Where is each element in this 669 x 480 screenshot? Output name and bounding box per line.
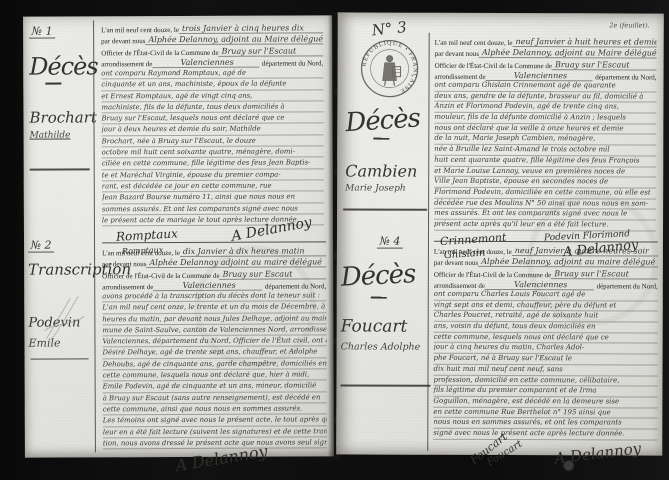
form-label: par devant nous: [434, 259, 478, 267]
handwritten-line: signé avec nous le présent acte après le…: [433, 429, 657, 440]
entry-2-signatures: A Delannoy: [103, 449, 327, 480]
form-label-suffix: département du Nord,: [259, 59, 323, 67]
handwritten-line: avons procédé à la transcription du décè…: [102, 290, 326, 302]
entry-4-record: L'an mil neuf cent douze, le neuf Janvie…: [433, 241, 658, 478]
record-body-text: avons procédé à la transcription du décè…: [102, 290, 327, 449]
form-label: L'an mil neuf cent douze, le: [101, 25, 179, 33]
form-line-commune: Officier de l'État-Civil de la Commune d…: [434, 267, 658, 279]
entry-1-record: L'an mil neuf cent douze, le trois Janvi…: [101, 21, 324, 268]
form-label: Officier de l'État-Civil de la Commune d…: [434, 270, 551, 278]
deceased-surname: Foucart: [341, 316, 429, 336]
entry-number-label: № 4: [377, 235, 403, 249]
form-line-arrondissement: arrondissement de Valenciennes départeme…: [434, 278, 658, 290]
handwritten-date: trois Janvier à cinq heures dix: [179, 23, 323, 34]
entry-2-record: L'an mil neuf cent douze, le dix Janvier…: [102, 241, 327, 480]
handwritten-line: née à Bruille lez Saint-Amand le trois o…: [434, 145, 656, 156]
handwritten-line: octobre mil huit cent soixante quatre, m…: [102, 146, 324, 158]
margin-dash: [45, 83, 61, 85]
handwritten-arrondissement: Valenciennes: [152, 58, 259, 68]
handwritten-arrondissement: Valenciennes: [485, 280, 594, 290]
handwritten-commune: Bruay sur Escaut: [220, 269, 327, 279]
handwritten-line: cette commune, lesquels nous ont déclaré…: [434, 333, 658, 344]
form-label-suffix: département du Nord,: [262, 282, 326, 290]
entry-number-label: № 2: [28, 239, 54, 253]
deceased-firstname: Charles Adolphe: [341, 341, 429, 352]
entry-type-label: Transcription: [28, 262, 94, 277]
form-line-officer: par devant nous Alphée Delannoy, adjoint…: [434, 255, 658, 267]
margin-separator-rule: [93, 20, 96, 452]
handwritten-line: cette commune, ainsi que nous nous en so…: [103, 403, 327, 415]
register-left-page: № 1 Décès Brochart Mathilde L'an mil neu…: [23, 15, 334, 457]
form-line-date: L'an mil neuf cent douze, le dix Janvier…: [102, 244, 326, 256]
entry-type-label: Décès: [340, 260, 429, 290]
handwritten-line: nous nous en sommes assurés, et ont les …: [433, 418, 657, 429]
handwritten-line: ans, voisin du défunt, tous deux domicil…: [434, 322, 658, 333]
handwritten-commune: Bruay sur l'Escaut: [552, 60, 657, 70]
handwritten-line: ont comparu Ghislain Crinnemont agé de q…: [434, 81, 656, 92]
folio-corner-note: 2e (feuillet).: [609, 21, 649, 29]
handwritten-line: et Ernest Romptaux, agé de vingt cinq an…: [101, 90, 323, 102]
handwritten-officer: Alphée Delannoy, adjoint au Maire délégu…: [145, 34, 323, 45]
form-label: par devant nous: [101, 37, 145, 45]
handwritten-line: Brochart, née à Bruay sur l'Escaut, le d…: [102, 135, 324, 147]
form-line-officer: par devant nous Alphée Delannoy, adjoint…: [101, 33, 323, 45]
margin-dash: [373, 138, 389, 140]
handwritten-line: leur en a été fait lecture (suivent les …: [103, 426, 327, 438]
margin-dash: [371, 297, 387, 299]
form-line-commune: Officier de l'État-Civil de la Commune d…: [101, 44, 323, 56]
handwritten-line: à Bruay sur Escaut (sans autre renseigne…: [103, 392, 327, 404]
entry-type-label: Décès: [29, 54, 91, 78]
handwritten-line: phe Foucart, né à Bruay sur l'Escaut le: [434, 354, 658, 365]
form-label: par devant nous: [435, 50, 479, 58]
handwritten-line: dix huit mai mil neuf cent neuf, sans: [434, 365, 658, 376]
form-line-arrondissement: arrondissement de Valenciennes départeme…: [102, 279, 326, 291]
handwritten-line: Les témoins ont signé avec nous le prése…: [103, 415, 327, 427]
handwritten-line: Désiré Delhaye, agé de trente sept ans, …: [102, 347, 326, 359]
handwritten-date: neuf Janvier à quatre heures soir: [512, 246, 658, 257]
form-label: Officier de l'État-Civil de la Commune d…: [435, 61, 552, 69]
record-body-text: ont comparu Raymond Romptaux, agé decinq…: [101, 67, 324, 226]
handwritten-commune: Bruay sur l'Escaut: [219, 46, 324, 56]
handwritten-line: nous ont déclaré que la veille à onze he…: [434, 124, 656, 135]
entry-4-signatures: Foucart Foucart A Delannoy: [433, 439, 657, 478]
form-line-commune: Officier de l'État-Civil de la Commune d…: [102, 267, 326, 279]
form-line-date: L'an mil neuf cent douze, le neuf Janvie…: [434, 244, 658, 256]
handwritten-line: ont comparu Raymond Romptaux, agé de: [101, 67, 323, 79]
margin-rule: [30, 168, 90, 170]
deceased-surname: Brochart: [29, 108, 91, 126]
handwritten-line: ont comparu Charles Louis Foucart agé de: [434, 290, 658, 301]
handwritten-arrondissement: Valenciennes: [153, 281, 262, 291]
form-line-arrondissement: arrondissement de Valenciennes départeme…: [101, 56, 323, 68]
handwritten-line: tion, nous avons dressé le présent acte …: [103, 437, 327, 449]
handwritten-officer: Alphée Delannoy, adjoint au maire délégu…: [478, 257, 658, 268]
form-label: arrondissement de: [102, 283, 153, 291]
republique-francaise-stamp: RÉPUBLIQUE • FRANÇAISE: [359, 39, 419, 99]
handwritten-line: machiniste, fils de la défunte, tous deu…: [101, 101, 323, 113]
handwritten-line: deux ans, gendre de la défunte, brasseur…: [434, 91, 656, 102]
handwritten-line: Valenciennes, département du Nord, Offic…: [102, 336, 326, 348]
entry-number: № 1: [29, 24, 91, 38]
entry-number: № 2: [28, 238, 94, 252]
entry-number-label: № 1: [29, 25, 55, 39]
handwritten-line: décédée rue des Moulins N° 50 ainsi que …: [434, 198, 656, 209]
handwritten-line: cinquante et un ans, machiniste, époux d…: [101, 79, 323, 91]
form-label: L'an mil neuf cent douze, le: [435, 38, 513, 46]
handwritten-line: te et Maréchal Virginie, épouse du premi…: [102, 169, 324, 181]
form-line-date: L'an mil neuf cent douze, le neuf Janvie…: [435, 35, 657, 47]
margin-rule: [340, 384, 430, 386]
form-label: Officier de l'État-Civil de la Commune d…: [101, 48, 218, 57]
stamp-figure: [383, 56, 401, 86]
record-body-text: ont comparu Ghislain Crinnemont agé de q…: [434, 81, 657, 231]
handwritten-line: profession, domicilié en cette commune, …: [433, 375, 657, 386]
form-label: par devant nous: [102, 260, 146, 268]
handwritten-line: vingt sept ans et demi, chauffeur, père …: [434, 300, 658, 311]
handwritten-line: cette commune, lesquels nous ont déclaré…: [103, 369, 327, 381]
form-label-suffix: département du Nord,: [594, 282, 658, 290]
form-label: arrondissement de: [434, 282, 485, 290]
handwritten-line: huit cent quarante quatre, fille légitim…: [434, 156, 656, 167]
deceased-surname: Cambien: [345, 161, 427, 180]
handwritten-line: L'an mil neuf cent onze, le trente et un…: [102, 302, 326, 314]
handwritten-line: et Marie Louise Lannoy, veuve en premièr…: [434, 166, 656, 177]
form-label-suffix: département du Nord,: [592, 73, 656, 81]
form-line-officer: par devant nous Alphée Delannoy, adjoint…: [435, 46, 657, 58]
register-right-page: 2e (feuillet). N° 3 RÉPUBLIQUE • FRANÇAI…: [336, 12, 664, 455]
entry-3-record: L'an mil neuf cent douze, le neuf Janvie…: [434, 35, 657, 267]
form-label: arrondissement de: [101, 60, 152, 68]
handwritten-line: Dehoubs, agé de cinquante ans, garde cha…: [103, 358, 327, 370]
handwritten-line: mes assurés. Et ont les comparants signé…: [434, 209, 656, 220]
form-line-commune: Officier de l'État-Civil de la Commune d…: [435, 58, 657, 70]
form-label: L'an mil neuf cent douze, le: [434, 247, 512, 255]
handwritten-line: rant, est décédée ce jour en cette commu…: [102, 180, 324, 192]
handwritten-line: mune de Saint-Saulve, canton de Valencie…: [102, 324, 326, 336]
handwritten-line: heures du matin, par devant nous Jules D…: [102, 313, 326, 325]
form-line-date: L'an mil neuf cent douze, le trois Janvi…: [101, 21, 323, 33]
handwritten-line: Florimond Podevin, domiciliée en cette c…: [434, 188, 656, 199]
handwritten-line: Ville Jean Baptiste, épouse en secondes …: [434, 177, 656, 188]
handwritten-officer: Alphée Delannoy adjoint au maire délégué: [146, 257, 326, 268]
handwritten-line: Goguillon, ménagère, est décédé en la de…: [433, 397, 657, 408]
deceased-firstname: Mathilde: [30, 130, 92, 140]
entry-1-margin: № 1 Décès Brochart Mathilde: [29, 24, 92, 140]
handwritten-commune: Bruay sur l'Escaut: [551, 269, 658, 279]
handwritten-arrondissement: Valenciennes: [486, 71, 593, 81]
entry-3-margin: N° 3 RÉPUBLIQUE • FRANÇAISE Décès Cambie…: [345, 18, 428, 193]
officer-signature: A Delannoy: [553, 439, 642, 467]
entry-number-label: N° 3: [371, 16, 429, 40]
pencil-scribble: [40, 286, 92, 344]
handwritten-line: en cette commune Rue Berthelot n° 195 ai…: [433, 407, 657, 418]
handwritten-line: fils légitime du premier comparant et de…: [433, 386, 657, 397]
margin-rule: [31, 358, 89, 359]
handwritten-line: Charles Poucret, retraité, agé de soixan…: [434, 311, 658, 322]
handwritten-line: ciliée en cette commune, fille légitime …: [102, 158, 324, 170]
handwritten-line: jour à cinq heures du matin, Charles Ado…: [434, 343, 658, 354]
handwritten-line: sommes assurés. Et ont les comparants si…: [102, 203, 324, 215]
handwritten-line: Jean Bazard Bourse numéro 11, ainsi que …: [102, 192, 324, 204]
handwritten-line: Bruay sur l'Escaut, lesquels nous ont dé…: [101, 113, 323, 125]
deceased-firstname: Marie Joseph: [345, 183, 427, 193]
form-label: L'an mil neuf cent douze, le: [102, 248, 180, 256]
entry-4-margin: № 4 Décès Foucart Charles Adolphe: [341, 234, 429, 352]
handwritten-officer: Alphée Delannoy, adjoint au Maire délégu…: [479, 48, 657, 59]
handwritten-line: Emile Podevin, agé de cinquante et un an…: [103, 381, 327, 393]
handwritten-line: jour à deux heures et demie du soir, Mat…: [102, 124, 324, 136]
record-body-text: ont comparu Charles Louis Foucart agé de…: [433, 290, 658, 440]
entry-type-label: Décès: [345, 105, 429, 136]
handwritten-date: dix Janvier à dix heures matin: [180, 246, 326, 257]
handwritten-line: Anzin et Florimond Podevin, agé de trent…: [434, 102, 656, 113]
handwritten-line: mouleur, fils de la défunte domicilié à …: [434, 113, 656, 124]
entry-number: № 4: [377, 235, 429, 249]
margin-rule: [343, 208, 427, 210]
form-line-arrondissement: arrondissement de Valenciennes départeme…: [435, 69, 657, 81]
handwritten-date: neuf Janvier à huit heures et demie soir: [512, 37, 656, 48]
form-line-officer: par devant nous Alphée Delannoy adjoint …: [102, 256, 326, 268]
handwritten-line: de la nuit, Marie Joseph Cambien, ménagè…: [434, 134, 656, 145]
form-label: Officier de l'État-Civil de la Commune d…: [102, 271, 219, 280]
form-label: arrondissement de: [435, 73, 486, 81]
